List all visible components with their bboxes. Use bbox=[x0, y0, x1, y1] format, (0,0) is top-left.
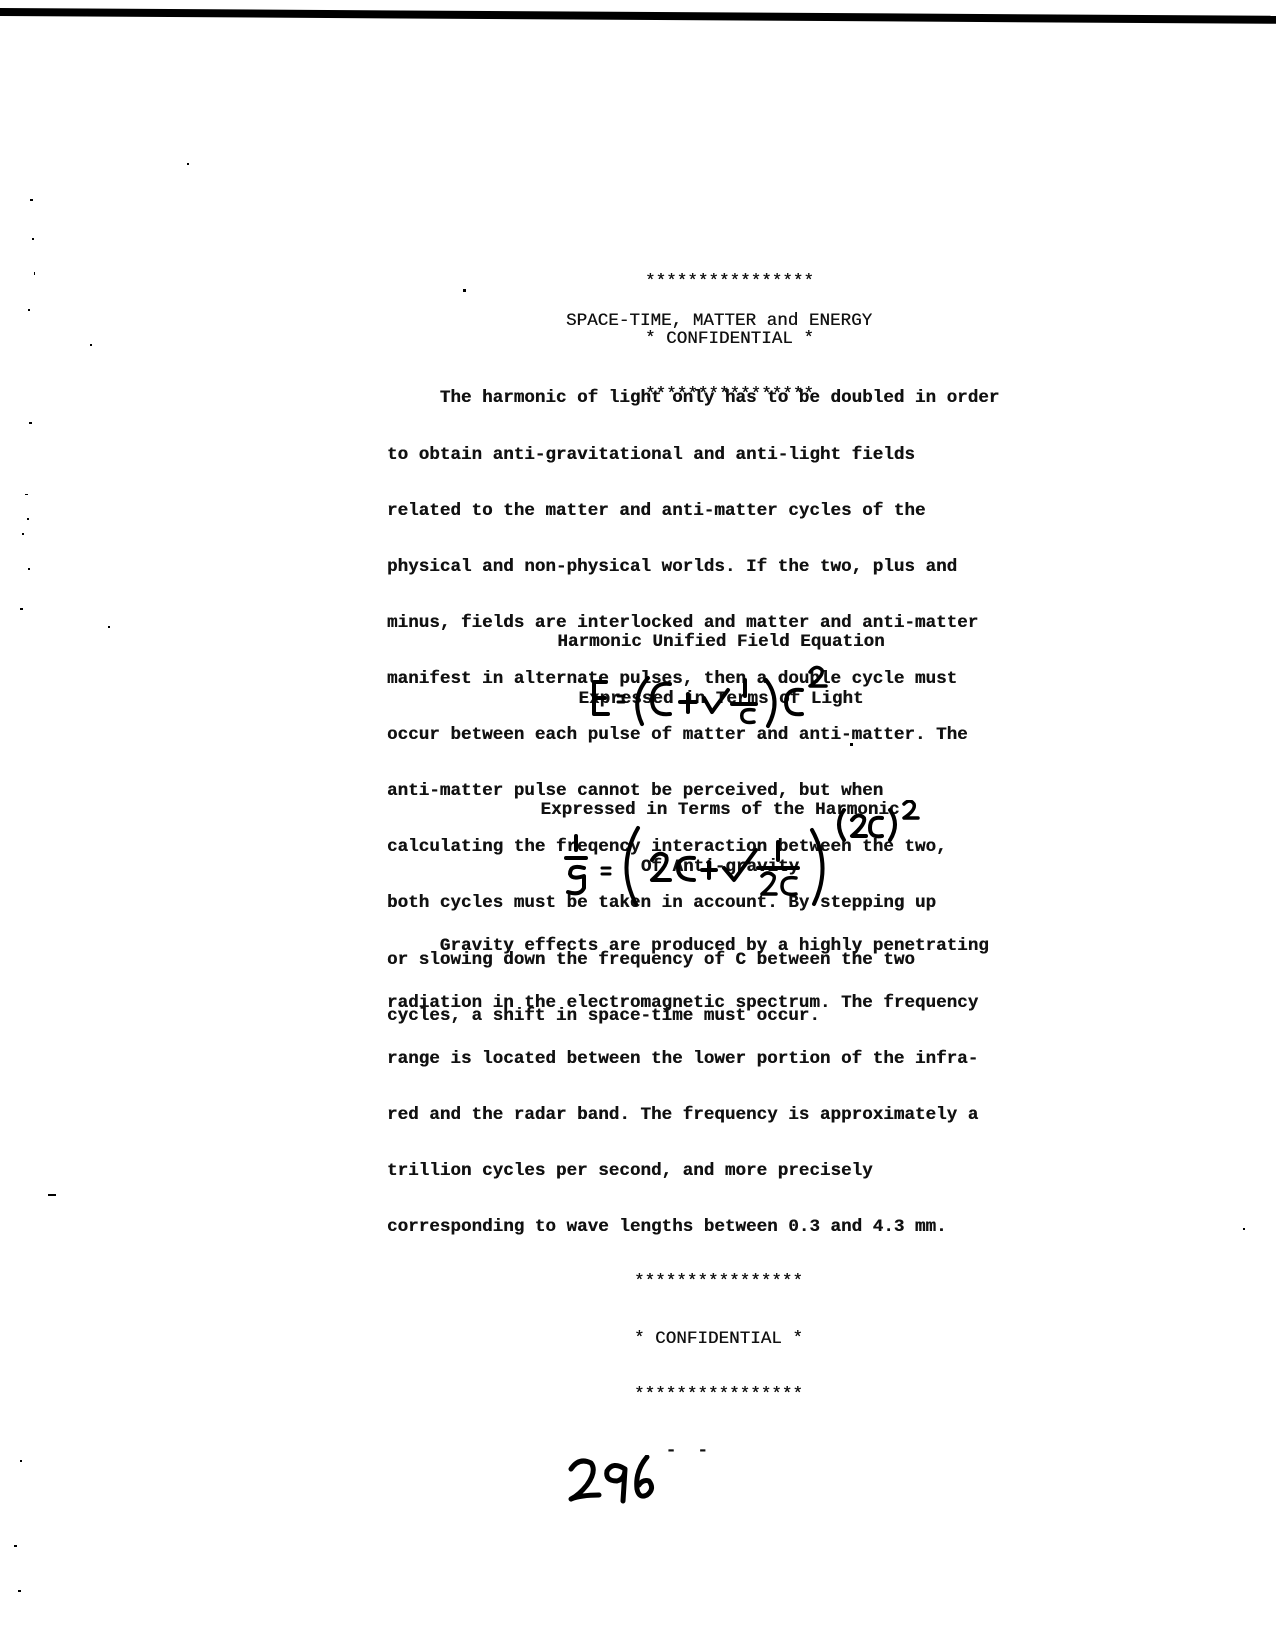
body-paragraph-2: Gravity effects are produced by a highly… bbox=[387, 900, 989, 1255]
scan-speck bbox=[90, 344, 92, 346]
document-title: SPACE-TIME, MATTER and ENERGY bbox=[566, 312, 872, 331]
caption-line: Harmonic Unified Field Equation bbox=[471, 633, 971, 652]
paragraph-line: The harmonic of light only has to be dou… bbox=[387, 389, 999, 408]
scan-speck bbox=[27, 518, 29, 520]
scan-speck bbox=[32, 238, 34, 240]
paragraph-line: physical and non-physical worlds. If the… bbox=[387, 558, 999, 577]
scan-speck bbox=[14, 1545, 17, 1547]
banner-border: **************** bbox=[634, 1273, 803, 1292]
scan-speck bbox=[28, 309, 30, 311]
scan-speck bbox=[22, 533, 24, 535]
banner-border: **************** bbox=[634, 1386, 803, 1405]
banner-border: **************** bbox=[645, 273, 814, 292]
confidential-banner-bottom: **************** * CONFIDENTIAL * ******… bbox=[634, 1236, 803, 1479]
scan-speck bbox=[20, 608, 23, 610]
paragraph-line: Gravity effects are produced by a highly… bbox=[387, 937, 989, 956]
paragraph-line: corresponding to wave lengths between 0.… bbox=[387, 1218, 989, 1237]
scan-speck bbox=[30, 199, 33, 201]
scan-speck bbox=[1243, 1228, 1245, 1230]
paragraph-line: red and the radar band. The frequency is… bbox=[387, 1106, 989, 1125]
scan-speck bbox=[18, 1590, 21, 1592]
scan-speck bbox=[187, 163, 189, 165]
scan-speck bbox=[29, 422, 32, 424]
scan-speck bbox=[28, 568, 30, 570]
paragraph-line: radiation in the electromagnetic spectru… bbox=[387, 994, 989, 1013]
banner-label: * CONFIDENTIAL * bbox=[634, 1330, 803, 1349]
banner-label: * CONFIDENTIAL * bbox=[645, 330, 814, 349]
scan-speck bbox=[20, 1460, 22, 1462]
scan-speck bbox=[34, 272, 35, 275]
equation-1-handwritten bbox=[590, 660, 870, 740]
paragraph-line: range is located between the lower porti… bbox=[387, 1050, 989, 1069]
paragraph-line: related to the matter and anti-matter cy… bbox=[387, 502, 999, 521]
scan-edge-bar bbox=[0, 8, 1276, 24]
paragraph-line: trillion cycles per second, and more pre… bbox=[387, 1162, 989, 1181]
paragraph-line: to obtain anti-gravitational and anti-li… bbox=[387, 446, 999, 465]
equation-2-handwritten bbox=[560, 800, 940, 910]
page-number-handwritten bbox=[565, 1455, 675, 1515]
scan-speck bbox=[108, 626, 110, 628]
scan-speck bbox=[463, 289, 466, 292]
scan-speck bbox=[25, 494, 28, 495]
scan-speck bbox=[48, 1194, 56, 1196]
